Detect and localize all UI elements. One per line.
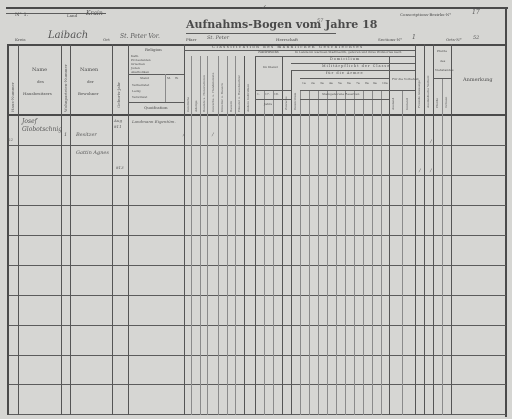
vorbehalt-header: Für die Vorbehalt: [392, 78, 419, 81]
kreis-label: Kreis: [15, 38, 26, 42]
age-col: 9a: [373, 82, 377, 85]
livestock-header: des: [440, 60, 445, 63]
owner-no-header: Wohnparteien-Nummer: [63, 64, 68, 112]
house-no-header: Haus-Nummer: [10, 82, 15, 112]
domizil-header: Domicilium: [330, 58, 360, 62]
classification-col: Beamte u. Honoratioren: [202, 75, 206, 112]
col-line: [363, 90, 364, 415]
col-line: [235, 56, 236, 415]
col-line: [112, 44, 113, 415]
col-line: [218, 56, 219, 415]
orts-value: 52: [473, 36, 479, 41]
header-line: [255, 90, 291, 91]
kreis-value: Laibach: [48, 31, 88, 41]
nachwuchs-sub: Im Dienst: [263, 66, 278, 69]
form-title: Aufnahms-Bogen vom Jahre 18: [186, 19, 377, 30]
census-form-sheet: N° 1. Land Krain Aufnahms-Bogen vom Jahr…: [0, 0, 512, 419]
classification-col: Geistliche: [186, 97, 190, 112]
classification-header: Classification des männlichen Geschlecht…: [212, 45, 364, 49]
birth-year-header: Geburts-Jahr: [116, 82, 121, 108]
sections-label: Sections-N°: [378, 38, 402, 42]
classification-col: Gewerbs- u. Handelsleute: [211, 73, 215, 112]
classification-col: Häusler u. Hausbesitzer: [237, 75, 241, 112]
age-foot: Stamgeborene Reserven: [322, 93, 359, 96]
stand-box-line: [128, 102, 184, 103]
col-line: [291, 70, 292, 415]
row1-mark: /: [183, 133, 185, 138]
age-col: 4a: [329, 82, 333, 85]
col-line: [70, 44, 71, 415]
military-header: Militärpflicht der Classe: [322, 65, 390, 69]
col-line: [264, 90, 265, 415]
nachwuchs-header: Nachwuchs: [258, 51, 279, 55]
stand-col-line: [165, 74, 166, 102]
stand-header: Stand: [140, 77, 149, 80]
row-divider: [7, 414, 506, 415]
col-line: [184, 44, 185, 415]
col-line: [336, 90, 337, 415]
age-header: für die Armee: [326, 72, 364, 76]
livestock-col: Pferde: [435, 98, 439, 108]
col-line: [381, 90, 382, 415]
col-line: [273, 90, 274, 415]
row1-owner-name: Josef Globotschnig: [22, 118, 60, 134]
row1-mark: /: [212, 133, 214, 138]
row2-mark: /: [419, 169, 421, 174]
col-line: [318, 90, 319, 415]
age-col: 10a: [382, 82, 388, 85]
classification-col: Adelige: [194, 101, 198, 112]
row-divider: [7, 384, 506, 385]
land-value: Krain: [86, 11, 103, 17]
header-line: [300, 78, 389, 79]
nachwuchs-col: 17.: [265, 93, 270, 96]
row1-birth: Aug 811: [114, 118, 126, 131]
stand-row: Ledig: [132, 90, 141, 93]
owner-name-header-2: des: [37, 80, 44, 84]
col-line: [309, 90, 310, 415]
livestock-col: Ochsen: [444, 97, 448, 108]
col-line: [282, 56, 283, 415]
sections-value: 1: [412, 35, 416, 41]
col-line: [415, 44, 416, 415]
col-line: [433, 44, 434, 415]
age-col: 2a: [311, 82, 315, 85]
abwesend-col: Ausland: [391, 98, 395, 110]
top-border: [6, 7, 508, 9]
stand-col-w: W.: [175, 77, 179, 80]
col-left-border: [7, 44, 9, 415]
col-line: [442, 78, 443, 415]
resident-name-header-2: der: [87, 80, 94, 84]
col-line: [61, 44, 62, 415]
occupation-header: Quoifcation: [144, 106, 168, 110]
row-divider: [7, 265, 506, 266]
col-line: [200, 56, 201, 415]
row-divider: [7, 205, 506, 206]
remarks-header: Anmerkung: [463, 78, 493, 83]
col-line: [402, 90, 403, 415]
nachwuchs-col: 1.: [257, 93, 260, 96]
header-line: [300, 90, 389, 91]
header-line: [300, 99, 389, 100]
row-divider: [7, 145, 506, 146]
col-line: [424, 44, 425, 415]
col-line: [207, 56, 208, 415]
col-line: [345, 90, 346, 415]
pfarr-label: Pfarr: [186, 38, 196, 42]
nachwuchs-col: 18.: [274, 93, 279, 96]
row-divider: [7, 235, 506, 236]
row1-livestock-mark: /: [430, 140, 432, 145]
stand-row: Verheiratet: [132, 84, 149, 87]
row-divider: [7, 325, 506, 326]
title-underline: [186, 33, 336, 34]
age-col: 6a: [347, 82, 351, 85]
row2-mark: /: [430, 169, 432, 174]
religion-header: Religion: [145, 48, 162, 52]
row1-occupation: Landmann Eigentüm.: [132, 118, 178, 125]
header-bottom-border: [7, 114, 506, 116]
title-year: 57: [317, 19, 323, 24]
col-line: [372, 90, 373, 415]
resident-name-header-1: Namen: [80, 68, 98, 73]
age-col: 5a: [338, 82, 342, 85]
col-line: [227, 56, 228, 415]
col-line: [191, 56, 192, 415]
ort-value: St. Peter Vor.: [120, 34, 160, 40]
col-line: [244, 56, 245, 415]
religion-row: Akatholiken: [131, 71, 149, 74]
age-col: 7a: [356, 82, 360, 85]
owner-name-header-1: Name: [32, 68, 47, 73]
herrschaft-label: Herrschaft: [276, 38, 298, 42]
col-line: [300, 90, 301, 415]
livestock-header: Viehstandes: [435, 69, 453, 72]
classification-col: Künstler u. Bauern: [220, 83, 224, 112]
stand-col-m: M.: [167, 77, 171, 80]
domizil-side: Domicilium: [293, 93, 297, 110]
header-line: [433, 78, 451, 79]
abwesend-col: Innland: [405, 98, 409, 110]
age-col: 1a: [302, 82, 306, 85]
row-divider: [7, 355, 506, 356]
religion-box-line: [128, 74, 184, 75]
age-col: 3a: [320, 82, 324, 85]
row1-owner-no: 1: [64, 133, 67, 138]
check-mark: ✓: [261, 5, 266, 11]
resident-name-header-3: Bewohner: [78, 92, 99, 96]
form-number: N° 1.: [15, 13, 28, 18]
conscription-value: 17: [472, 10, 480, 16]
classification-col: Bauern: [229, 101, 233, 112]
col-line: [354, 90, 355, 415]
owner-name-header-3: Hausbesitzers: [23, 92, 52, 96]
col-line: [18, 44, 19, 415]
col-line: [389, 56, 390, 415]
col-line: [327, 90, 328, 415]
row-divider: [7, 295, 506, 296]
assigned-header: In Lande im wachsen Stadtbezirk, geboren…: [295, 51, 401, 54]
conscription-label: Conscriptions-Bezirks-N°: [400, 13, 451, 17]
classification-col: Andere Individuen: [246, 84, 250, 112]
row2-resident: Gattin Agnes: [76, 149, 110, 158]
orts-label: Orts-N°: [446, 38, 462, 42]
livestock-header: Pferde: [437, 50, 447, 53]
col-line: [255, 56, 256, 415]
nachwuchs-foot: Jahre: [264, 103, 272, 106]
row1-resident: Besitzer: [76, 133, 97, 138]
zuwachs-header: Zuwachs: [284, 96, 288, 110]
land-label: Land: [67, 14, 77, 18]
age-col: 8a: [365, 82, 369, 85]
row-divider: [7, 175, 506, 176]
header-line: [389, 90, 415, 91]
stand-row: Verwitwet: [132, 96, 147, 99]
ort-label: Ort: [103, 38, 110, 42]
row1-house-no: 22: [8, 138, 13, 142]
col-line: [451, 44, 452, 415]
col-line: [128, 44, 129, 415]
auslaender-header: Ausländische Verheir.: [426, 75, 430, 108]
fremde-header: Fremde Ansässige: [417, 80, 421, 108]
pfarr-value: St. Peter: [207, 36, 229, 41]
row2-birth: 813: [116, 166, 124, 170]
